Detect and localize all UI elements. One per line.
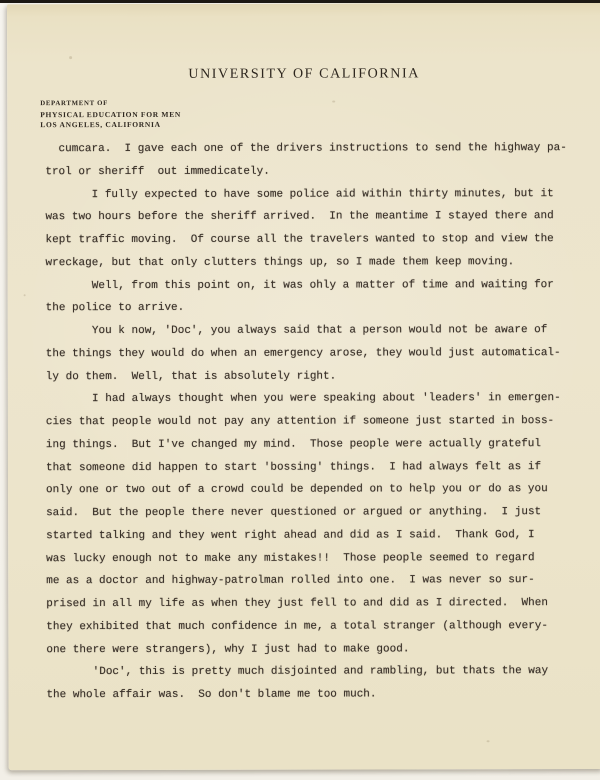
scanned-letter-page: UNIVERSITY OF CALIFORNIA DEPARTMENT OF P… — [0, 0, 600, 780]
paper-speck — [69, 56, 72, 59]
department-line: PHYSICAL EDUCATION FOR MEN — [40, 109, 181, 120]
text-line: 'Doc', this is pretty much disjointed an… — [46, 660, 568, 684]
text-line: cies that people would not pay any atten… — [46, 410, 568, 434]
department-line: DEPARTMENT OF — [40, 99, 181, 110]
text-line: the things they would do when an emergen… — [46, 342, 568, 366]
text-line: ly do them. Well, that is absolutely rig… — [46, 365, 568, 389]
text-line: was two hours before the sheriff arrived… — [45, 205, 567, 229]
university-letterhead-title: UNIVERSITY OF CALIFORNIA — [7, 66, 600, 83]
text-line: wreckage, but that only clutters things … — [46, 251, 568, 275]
letter-body-text: cumcara. I gave each one of the drivers … — [45, 137, 568, 707]
paper-speck — [332, 101, 335, 103]
paper-speck — [24, 294, 26, 296]
department-block: DEPARTMENT OF PHYSICAL EDUCATION FOR MEN… — [40, 99, 181, 131]
text-line: the whole affair was. So don't blame me … — [46, 683, 568, 707]
text-line: I had always thought when you were speak… — [46, 387, 568, 411]
text-line: one there were strangers), why I just ha… — [46, 638, 568, 662]
text-line: kept traffic moving. Of course all the t… — [45, 228, 567, 252]
text-line: trol or sheriff out immedicately. — [45, 160, 567, 184]
text-line: the police to arrive. — [46, 296, 568, 320]
department-line: LOS ANGELES, CALIFORNIA — [40, 120, 181, 131]
text-line: You k now, 'Doc', you always said that a… — [46, 319, 568, 343]
paper-speck — [487, 740, 490, 742]
letter-paper: UNIVERSITY OF CALIFORNIA DEPARTMENT OF P… — [7, 3, 600, 770]
text-line: me as a doctor and highway-patrolman rol… — [46, 569, 568, 593]
scan-top-edge — [0, 0, 600, 3]
text-line: cumcara. I gave each one of the drivers … — [45, 137, 567, 161]
text-line: ing things. But I've changed my mind. Th… — [46, 433, 568, 457]
text-line: that someone did happen to start 'bossin… — [46, 456, 568, 480]
text-line: said. But the people there never questio… — [46, 501, 568, 525]
text-line: they exhibited that much confidence in m… — [46, 615, 568, 639]
text-line: was lucky enough not to make any mistake… — [46, 547, 568, 571]
text-line: Well, from this point on, it was ohly a … — [46, 274, 568, 298]
text-line: I fully expected to have some police aid… — [45, 183, 567, 207]
text-line: started talking and they went right ahea… — [46, 524, 568, 548]
text-line: only one or two out of a crowd could be … — [46, 478, 568, 502]
text-line: prised in all my life as when they just … — [46, 592, 568, 616]
